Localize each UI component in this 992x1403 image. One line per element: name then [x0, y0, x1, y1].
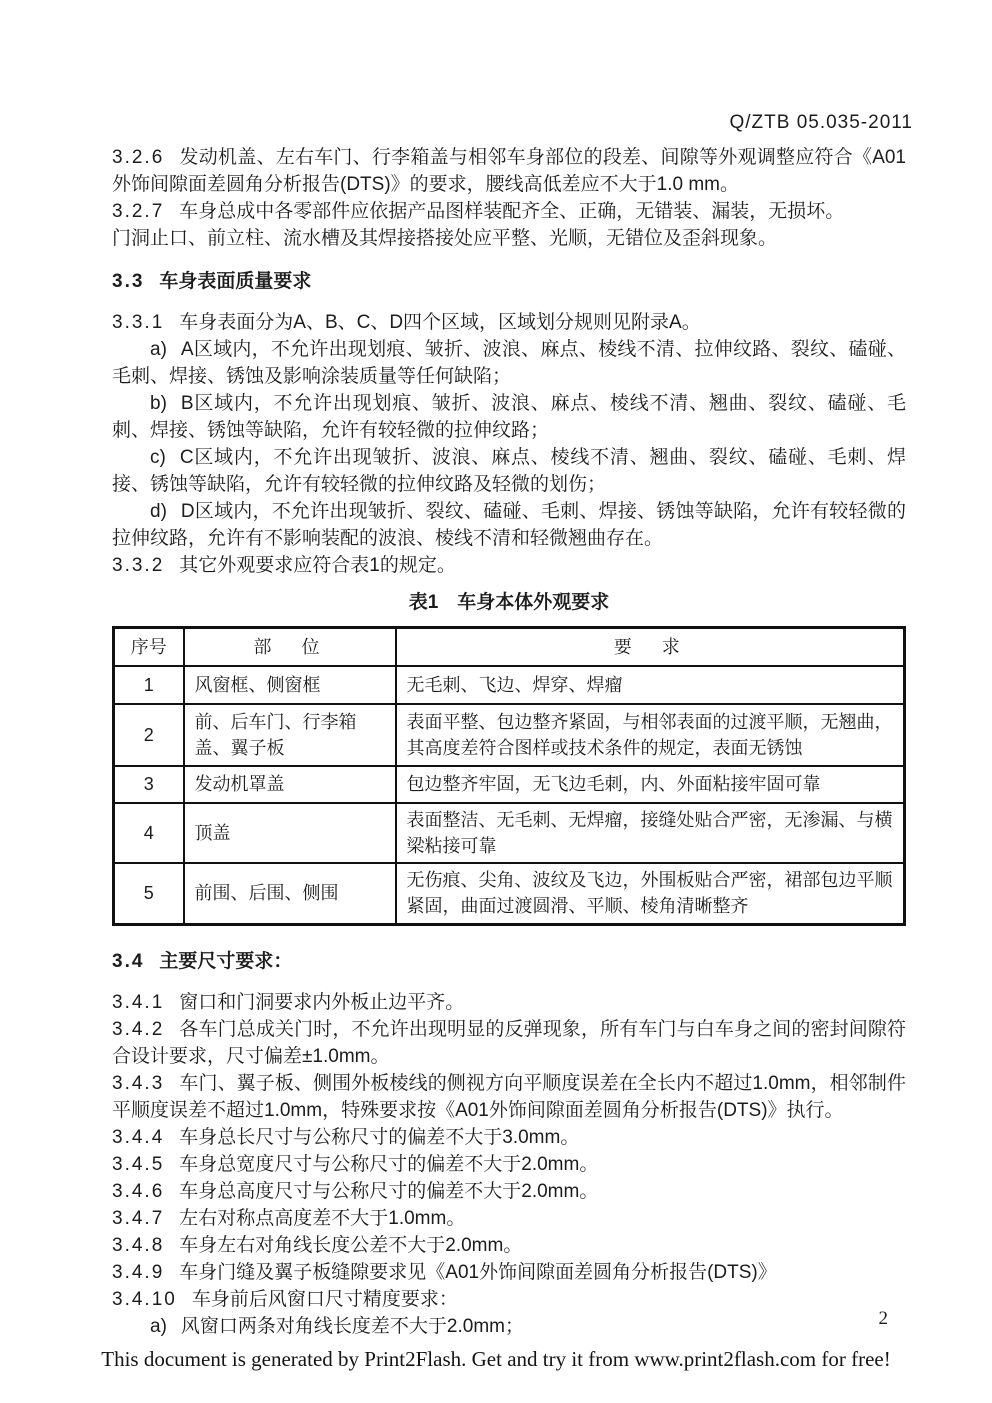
clause-3-4-8: 3.4.8车身左右对角线长度公差不大于2.0mm。 [112, 1232, 906, 1259]
clause-number: 3.4.8 [112, 1235, 164, 1256]
clause-text: 左右对称点高度差不大于1.0mm。 [179, 1208, 465, 1229]
print2flash-footer-note: This document is generated by Print2Flas… [0, 1347, 992, 1372]
section-heading-3-4: 3.4主要尺寸要求： [112, 948, 906, 975]
clause-3-4-3: 3.4.3车门、翼子板、侧围外板棱线的侧视方向平顺度误差在全长内不超过1.0mm… [112, 1070, 906, 1124]
cell-no: 1 [114, 666, 184, 704]
cell-requirement: 无毛刺、飞边、焊穿、焊瘤 [396, 666, 905, 704]
list-item-b: b)B区域内，不允许出现划痕、皱折、波浪、麻点、棱线不清、翘曲、裂纹、磕碰、毛刺… [112, 390, 906, 444]
cell-part: 前围、后围、侧围 [184, 863, 396, 925]
clause-text: 其它外观要求应符合表1的规定。 [179, 555, 456, 576]
clause-text: 门洞止口、前立柱、流水槽及其焊接搭接处应平整、光顺，无错位及歪斜现象。 [112, 228, 777, 249]
heading-text: 主要尺寸要求： [159, 951, 292, 972]
cell-no: 4 [114, 803, 184, 863]
clause-number: 3.4.9 [112, 1262, 164, 1283]
clause-text: 车身前后风窗口尺寸精度要求： [192, 1289, 458, 1310]
clause-3-4-5: 3.4.5车身总宽度尺寸与公称尺寸的偏差不大于2.0mm。 [112, 1151, 906, 1178]
clause-number: 3.3.2 [112, 555, 164, 576]
clause-3-2-7-continuation: 门洞止口、前立柱、流水槽及其焊接搭接处应平整、光顺，无错位及歪斜现象。 [112, 225, 906, 252]
clause-text: 车门、翼子板、侧围外板棱线的侧视方向平顺度误差在全长内不超过1.0mm，相邻制件… [112, 1073, 906, 1121]
list-item-text: 风窗口两条对角线长度差不大于2.0mm； [181, 1316, 524, 1337]
clause-text: 车身总高度尺寸与公称尺寸的偏差不大于2.0mm。 [179, 1181, 598, 1202]
doc-number: Q/ZTB 05.035-2011 [729, 112, 913, 134]
clause-3-4-4: 3.4.4车身总长尺寸与公称尺寸的偏差不大于3.0mm。 [112, 1124, 906, 1151]
clause-number: 3.4.1 [112, 992, 164, 1013]
clause-text: 发动机盖、左右车门、行李箱盖与相邻车身部位的段差、间隙等外观调整应符合《A01外… [112, 147, 906, 195]
table-caption: 表1 车身本体外观要求 [112, 589, 906, 616]
clause-3-2-6: 3.2.6发动机盖、左右车门、行李箱盖与相邻车身部位的段差、间隙等外观调整应符合… [112, 144, 906, 198]
cell-requirement: 表面平整、包边整齐紧固，与相邻表面的过渡平顺，无翘曲，其高度差符合图样或技术条件… [396, 704, 905, 766]
clause-number: 3.4.7 [112, 1208, 164, 1229]
clause-3-4-2: 3.4.2各车门总成关门时，不允许出现明显的反弹现象，所有车门与白车身之间的密封… [112, 1016, 906, 1070]
cell-no: 3 [114, 766, 184, 803]
list-item-d: d)D区域内，不允许出现皱折、裂纹、磕碰、毛刺、焊接、锈蚀等缺陷，允许有较轻微的… [112, 498, 906, 552]
clause-3-3-2: 3.3.2其它外观要求应符合表1的规定。 [112, 552, 906, 579]
list-item-label: c) [150, 447, 166, 468]
clause-3-4-6: 3.4.6车身总高度尺寸与公称尺寸的偏差不大于2.0mm。 [112, 1178, 906, 1205]
column-header-part: 部 位 [184, 628, 396, 666]
table-row: 5 前围、后围、侧围 无伤痕、尖角、波纹及飞边，外围板贴合严密，裙部包边平顺紧固… [114, 863, 905, 925]
cell-no: 5 [114, 863, 184, 925]
document-body: 3.2.6发动机盖、左右车门、行李箱盖与相邻车身部位的段差、间隙等外观调整应符合… [112, 144, 906, 1340]
clause-3-3-1: 3.3.1车身表面分为A、B、C、D四个区域，区域划分规则见附录A。 [112, 309, 906, 336]
list-item-c: c)C区域内，不允许出现皱折、波浪、麻点、棱线不清、翘曲、裂纹、磕碰、毛刺、焊接… [112, 444, 906, 498]
column-header-no: 序号 [114, 628, 184, 666]
cell-part: 前、后车门、行李箱盖、翼子板 [184, 704, 396, 766]
clause-text: 窗口和门洞要求内外板止边平齐。 [179, 992, 464, 1013]
cell-part: 发动机罩盖 [184, 766, 396, 803]
appearance-requirements-table: 序号 部 位 要 求 1 风窗框、侧窗框 无毛刺、飞边、焊穿、焊瘤 2 前、后车… [112, 626, 906, 926]
list-item-text: D区域内，不允许出现皱折、裂纹、磕碰、毛刺、焊接、锈蚀等缺陷，允许有较轻微的拉伸… [112, 501, 906, 549]
cell-part: 风窗框、侧窗框 [184, 666, 396, 704]
clause-text: 车身总宽度尺寸与公称尺寸的偏差不大于2.0mm。 [179, 1154, 598, 1175]
list-item-text: A区域内，不允许出现划痕、皱折、波浪、麻点、棱线不清、拉伸纹路、裂纹、磕碰、毛刺… [112, 339, 906, 387]
list-item-label: b) [150, 393, 167, 414]
clause-3-4-9: 3.4.9车身门缝及翼子板缝隙要求见《A01外饰间隙面差圆角分析报告(DTS)》 [112, 1259, 906, 1286]
clause-number: 3.4.3 [112, 1073, 164, 1094]
clause-3-4-1: 3.4.1窗口和门洞要求内外板止边平齐。 [112, 989, 906, 1016]
clause-3-4-10: 3.4.10车身前后风窗口尺寸精度要求： [112, 1286, 906, 1313]
table-row: 4 顶盖 表面整洁、无毛刺、无焊瘤，接缝处贴合严密，无渗漏、与横梁粘接可靠 [114, 803, 905, 863]
clause-number: 3.3 [112, 271, 144, 292]
document-page: Q/ZTB 05.035-2011 3.2.6发动机盖、左右车门、行李箱盖与相邻… [0, 0, 992, 1403]
clause-number: 3.3.1 [112, 312, 164, 333]
cell-requirement: 无伤痕、尖角、波纹及飞边，外围板贴合严密，裙部包边平顺紧固，曲面过渡圆滑、平顺、… [396, 863, 905, 925]
clause-text: 车身总成中各零部件应依据产品图样装配齐全、正确，无错装、漏装，无损坏。 [179, 201, 844, 222]
table-row: 1 风窗框、侧窗框 无毛刺、飞边、焊穿、焊瘤 [114, 666, 905, 704]
list-item-label: a) [150, 339, 167, 360]
cell-part: 顶盖 [184, 803, 396, 863]
table-row: 3 发动机罩盖 包边整齐牢固，无飞边毛刺，内、外面粘接牢固可靠 [114, 766, 905, 803]
clause-text: 各车门总成关门时，不允许出现明显的反弹现象，所有车门与白车身之间的密封间隙符合设… [112, 1019, 906, 1067]
section-heading-3-3: 3.3车身表面质量要求 [112, 268, 906, 295]
clause-number: 3.2.6 [112, 147, 164, 168]
clause-number: 3.4.4 [112, 1127, 164, 1148]
clause-3-4-7: 3.4.7左右对称点高度差不大于1.0mm。 [112, 1205, 906, 1232]
clause-text: 车身左右对角线长度公差不大于2.0mm。 [179, 1235, 522, 1256]
list-item-a: a)A区域内，不允许出现划痕、皱折、波浪、麻点、棱线不清、拉伸纹路、裂纹、磕碰、… [112, 336, 906, 390]
list-item-label: d) [150, 501, 167, 522]
list-item-text: C区域内，不允许出现皱折、波浪、麻点、棱线不清、翘曲、裂纹、磕碰、毛刺、焊接、锈… [112, 447, 906, 495]
clause-text: 车身门缝及翼子板缝隙要求见《A01外饰间隙面差圆角分析报告(DTS)》 [179, 1262, 776, 1283]
list-item-label: a) [150, 1316, 167, 1337]
list-item-a-2: a)风窗口两条对角线长度差不大于2.0mm； [112, 1313, 906, 1340]
clause-3-2-7: 3.2.7车身总成中各零部件应依据产品图样装配齐全、正确，无错装、漏装，无损坏。 [112, 198, 906, 225]
list-item-text: B区域内，不允许出现划痕、皱折、波浪、麻点、棱线不清、翘曲、裂纹、磕碰、毛刺、焊… [112, 393, 906, 441]
page-number: 2 [879, 1308, 889, 1330]
table-row: 2 前、后车门、行李箱盖、翼子板 表面平整、包边整齐紧固，与相邻表面的过渡平顺，… [114, 704, 905, 766]
clause-text: 车身表面分为A、B、C、D四个区域，区域划分规则见附录A。 [179, 312, 700, 333]
clause-number: 3.4.6 [112, 1181, 164, 1202]
cell-no: 2 [114, 704, 184, 766]
heading-text: 车身表面质量要求 [159, 271, 311, 292]
cell-requirement: 包边整齐牢固，无飞边毛刺，内、外面粘接牢固可靠 [396, 766, 905, 803]
clause-number: 3.4 [112, 951, 144, 972]
clause-number: 3.4.2 [112, 1019, 164, 1040]
clause-number: 3.2.7 [112, 201, 164, 222]
clause-number: 3.4.10 [112, 1289, 177, 1310]
column-header-requirement: 要 求 [396, 628, 905, 666]
cell-requirement: 表面整洁、无毛刺、无焊瘤，接缝处贴合严密，无渗漏、与横梁粘接可靠 [396, 803, 905, 863]
table-header-row: 序号 部 位 要 求 [114, 628, 905, 666]
clause-number: 3.4.5 [112, 1154, 164, 1175]
clause-text: 车身总长尺寸与公称尺寸的偏差不大于3.0mm。 [179, 1127, 579, 1148]
